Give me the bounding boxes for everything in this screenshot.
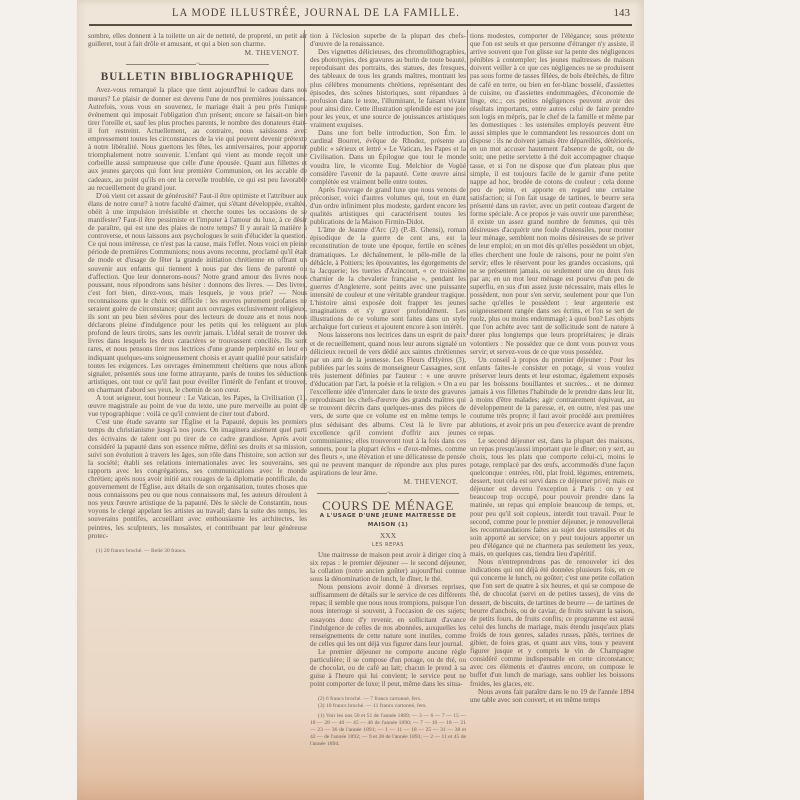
paragraph: Nous pensions avoir donné à diverses rep… xyxy=(310,583,466,648)
page-number: 143 xyxy=(614,7,631,19)
journal-title: LA MODE ILLUSTRÉE, JOURNAL DE LA FAMILLE… xyxy=(172,7,460,19)
article-fragment: sombre, elles donnent à la toilette un a… xyxy=(88,32,307,48)
paragraph: C'est une étude savante sur l'Église et … xyxy=(88,418,307,539)
section-subtitle: A L'USAGE D'UNE JEUNE MAITRESSE DE MAISO… xyxy=(310,512,466,528)
footnote: (1) 20 francs broché. — Relié 30 francs. xyxy=(88,548,307,555)
ornament-divider: ~ xyxy=(88,60,307,68)
column-divider xyxy=(467,30,468,335)
paragraph: Après l'ouvrage de grand luxe que nous v… xyxy=(310,186,466,226)
background-right xyxy=(642,0,800,800)
chapter-number: XXX xyxy=(310,532,466,540)
paragraph: Dans une fort belle introduction, Son Ém… xyxy=(310,129,466,186)
column-2: tion à l'éclosion superbe de la plupart … xyxy=(310,32,466,748)
paragraph: L'âme de Jeanne d'Arc (2) (P.-B. Ghensi)… xyxy=(310,226,466,331)
paragraph: Nous laisserons nos lectrices dans un es… xyxy=(310,331,466,477)
ornament-divider: ~ xyxy=(310,489,466,497)
paragraph: Nous avons fait paraître dans le no 19 d… xyxy=(470,688,634,704)
footnotes: (2) 6 francs broché. — 7 francs cartonné… xyxy=(310,696,466,748)
paragraph: D'où vient cet assaut de générosité? Fau… xyxy=(88,192,307,394)
paragraph: tion à l'éclosion superbe de la plupart … xyxy=(310,32,466,48)
paragraph: A tout seigneur, tout honneur : Le Vatic… xyxy=(88,394,307,418)
author-signature: M. THEVENOT. xyxy=(310,478,458,486)
paragraph: Le second déjeuner est, dans la plupart … xyxy=(470,437,634,558)
paragraph: Un conseil à propos du premier déjeuner … xyxy=(470,356,634,437)
section-title: BULLETIN BIBLIOGRAPHIQUE xyxy=(88,73,307,81)
paragraph: Une maitresse de maison peut avoir à dir… xyxy=(310,551,466,583)
paragraph: Avez-vous remarqué la place que tient au… xyxy=(88,86,307,191)
header-rule xyxy=(89,24,632,26)
newspaper-page: LA MODE ILLUSTRÉE, JOURNAL DE LA FAMILLE… xyxy=(77,0,644,800)
paragraph: tions modestes, comporter de l'élégance;… xyxy=(470,32,634,356)
footnote: (1) Voir les nos 50 et 51 de l'année 188… xyxy=(310,713,466,748)
paragraph: Le premier déjeuner ne comporte aucune r… xyxy=(310,648,466,688)
background-left xyxy=(0,0,75,800)
footnotes: (1) 20 francs broché. — Relié 30 francs. xyxy=(88,548,307,555)
footnote: (3) 10 francs broché. — 11 francs carton… xyxy=(310,703,466,710)
subsection-heading: LES REPAS xyxy=(310,541,466,549)
author-signature: M. THEVENOT. xyxy=(88,49,299,57)
column-3: tions modestes, comporter de l'élégance;… xyxy=(470,32,634,704)
paragraph: Des vignettes délicieuses, des chromolit… xyxy=(310,48,466,129)
paragraph: Nous n'entreprendrons pas de renouveler … xyxy=(470,558,634,688)
column-1: sombre, elles donnent à la toilette un a… xyxy=(88,32,307,555)
section-title: COURS DE MÉNAGE xyxy=(310,502,466,510)
page-header: LA MODE ILLUSTRÉE, JOURNAL DE LA FAMILLE… xyxy=(77,4,644,24)
